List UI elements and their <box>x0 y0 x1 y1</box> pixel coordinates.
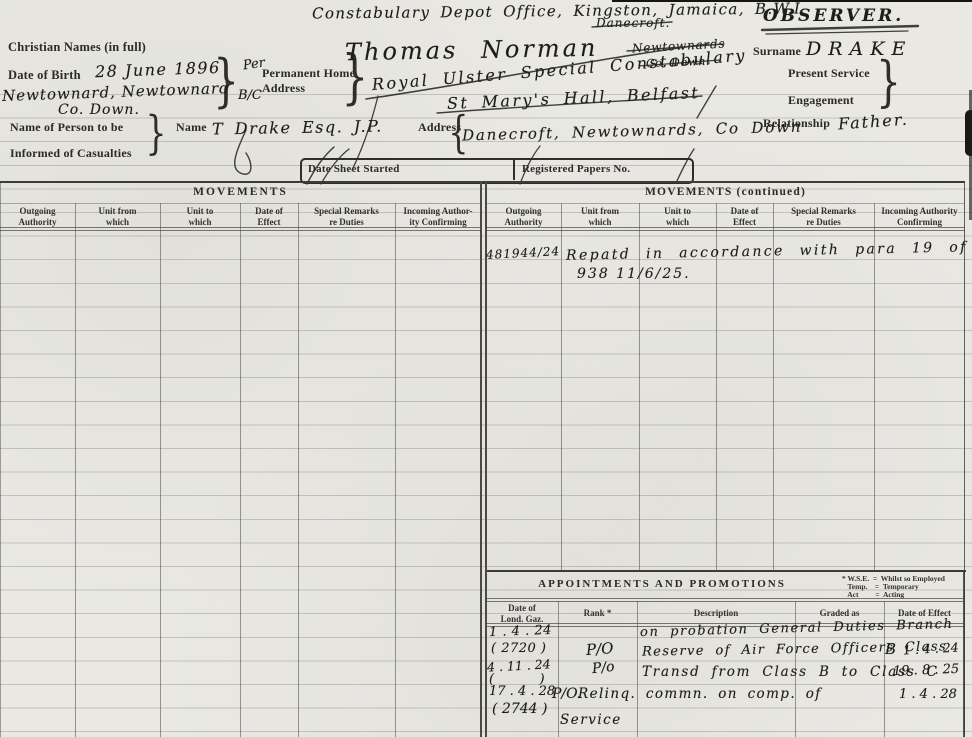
present-service-brace: } <box>876 55 901 110</box>
hw-relationship: Father. <box>837 110 909 134</box>
hw-movement-remarks-line2: 938 11/6/25. <box>577 266 691 282</box>
hw-casualty-name: T Drake Esq. J.P. <box>212 117 383 139</box>
hw-casualty-address: Danecroft, Newtownards, Co Down <box>462 118 803 145</box>
hw-crossed-danecroft: Danecroft. <box>596 16 670 30</box>
appt-top-border <box>486 570 966 572</box>
left-col-sep-3 <box>240 203 241 737</box>
right-col-incoming-authority: Incoming Authority Confirming <box>874 206 965 229</box>
left-col-sep-1 <box>75 203 76 737</box>
left-col-incoming-authority: Incoming Author- ity Confirming <box>395 206 481 229</box>
hw-movement-outgoing-authority: 481944/24 <box>486 244 561 262</box>
hw-movement-remarks-line1: Repatd in accordance with para 19 of A P <box>566 238 972 264</box>
movements-title: MOVEMENTS <box>0 186 481 198</box>
hw-home-address-line2: St Mary's Hall, Belfast <box>447 83 701 113</box>
hw-desc-5: Service <box>560 712 622 728</box>
left-table-right-border <box>480 181 482 737</box>
hw-office-line: Constabulary Depot Office, Kingston, Jam… <box>312 0 801 23</box>
hw-trade-observer: OBSERVER. <box>763 6 904 26</box>
surname-label: Surname <box>753 44 801 59</box>
date-sheet-started-label: Date Sheet Started <box>308 163 400 175</box>
appt-col-rank: Rank * <box>558 608 637 619</box>
hw-effect-1: 1 . 4 . 24 <box>903 640 959 658</box>
right-col-special-remarks: Special Remarks re Duties <box>773 206 874 229</box>
casualties-label-line2: Informed of Casualties <box>10 146 132 161</box>
hw-gaz-6: ( 2744 ) <box>492 701 547 717</box>
right-col-outgoing-authority: Outgoing Authority <box>486 206 561 229</box>
hw-per-note: Per <box>242 56 266 74</box>
right-col-sep-1 <box>561 203 562 570</box>
hw-gaz-1: 1 . 4 . 24 <box>489 623 552 640</box>
left-col-sep-2 <box>160 203 161 737</box>
appt-left-border <box>485 570 487 737</box>
movements-continued-title: MOVEMENTS (continued) <box>486 186 965 198</box>
permanent-home-label-line2: Address <box>262 81 305 96</box>
hw-surname: DRAKE <box>806 38 912 60</box>
hw-rank-3: P/O. <box>552 686 581 702</box>
name-label: Name <box>176 120 207 135</box>
hw-rank-1: P/O <box>585 639 614 659</box>
left-col-sep-4 <box>298 203 299 737</box>
left-table-left-border <box>0 181 1 737</box>
date-of-birth-label: Date of Birth <box>8 68 81 83</box>
appt-col-sep-2 <box>637 601 638 737</box>
hw-bc-note: B/C <box>238 88 262 103</box>
appt-col-sep-1 <box>558 601 559 737</box>
casualties-brace: } <box>146 111 167 157</box>
appt-right-border <box>963 570 965 737</box>
date-sheet-box-divider <box>513 159 515 180</box>
hw-graded-as: B <box>885 640 896 658</box>
hw-effect-3: 1 . 4 . 28 <box>899 687 957 702</box>
appt-legend-line3: Act = Acting <box>842 590 904 599</box>
right-col-unit-to: Unit to which <box>639 206 716 229</box>
left-col-date-of-effect: Date of Effect <box>240 206 298 229</box>
hw-desc-2: Reserve of Air Force Officers Class <box>642 639 947 659</box>
right-col-unit-from: Unit from which <box>561 206 639 229</box>
left-col-outgoing-authority: Outgoing Authority <box>0 206 75 229</box>
hw-dob: 28 June 1896 <box>95 58 221 81</box>
registered-papers-label: Registered Papers No. <box>522 163 630 175</box>
left-col-sep-5 <box>395 203 396 737</box>
right-col-date-of-effect: Date of Effect <box>716 206 773 229</box>
present-service-label: Present Service <box>788 66 870 81</box>
tables-top-rule <box>0 181 965 183</box>
left-col-special-remarks: Special Remarks re Duties <box>298 206 395 229</box>
right-col-sep-5 <box>874 203 875 570</box>
appt-col-description: Description <box>637 608 795 619</box>
christian-names-label: Christian Names (in full) <box>8 40 146 55</box>
hw-desc-1: on probation General Duties Branch <box>640 617 954 640</box>
hw-desc-4: Relinq. commn. on comp. of <box>578 686 822 702</box>
hw-birthplace-line2: Co. Down. <box>58 102 140 118</box>
hw-gaz-2: ( 2720 ) <box>491 641 547 656</box>
hw-gaz-5: 17 . 4 . 28 <box>489 684 555 699</box>
appt-col-graded-as: Graded as <box>795 608 884 619</box>
hw-effect-2: 19 . 8 . 25 <box>893 662 960 679</box>
scanned-service-record-form: Christian Names (in full) Date of Birth … <box>0 0 972 737</box>
left-col-unit-to: Unit to which <box>160 206 240 229</box>
hw-rank-2: P/o <box>591 659 615 677</box>
right-title-rule <box>486 203 965 204</box>
appointments-title: APPOINTMENTS AND PROMOTIONS <box>486 578 838 590</box>
engagement-label: Engagement <box>788 93 854 108</box>
right-header-rule-b <box>486 230 965 231</box>
casualties-label-line1: Name of Person to be <box>10 120 123 135</box>
left-col-unit-from: Unit from which <box>75 206 160 229</box>
